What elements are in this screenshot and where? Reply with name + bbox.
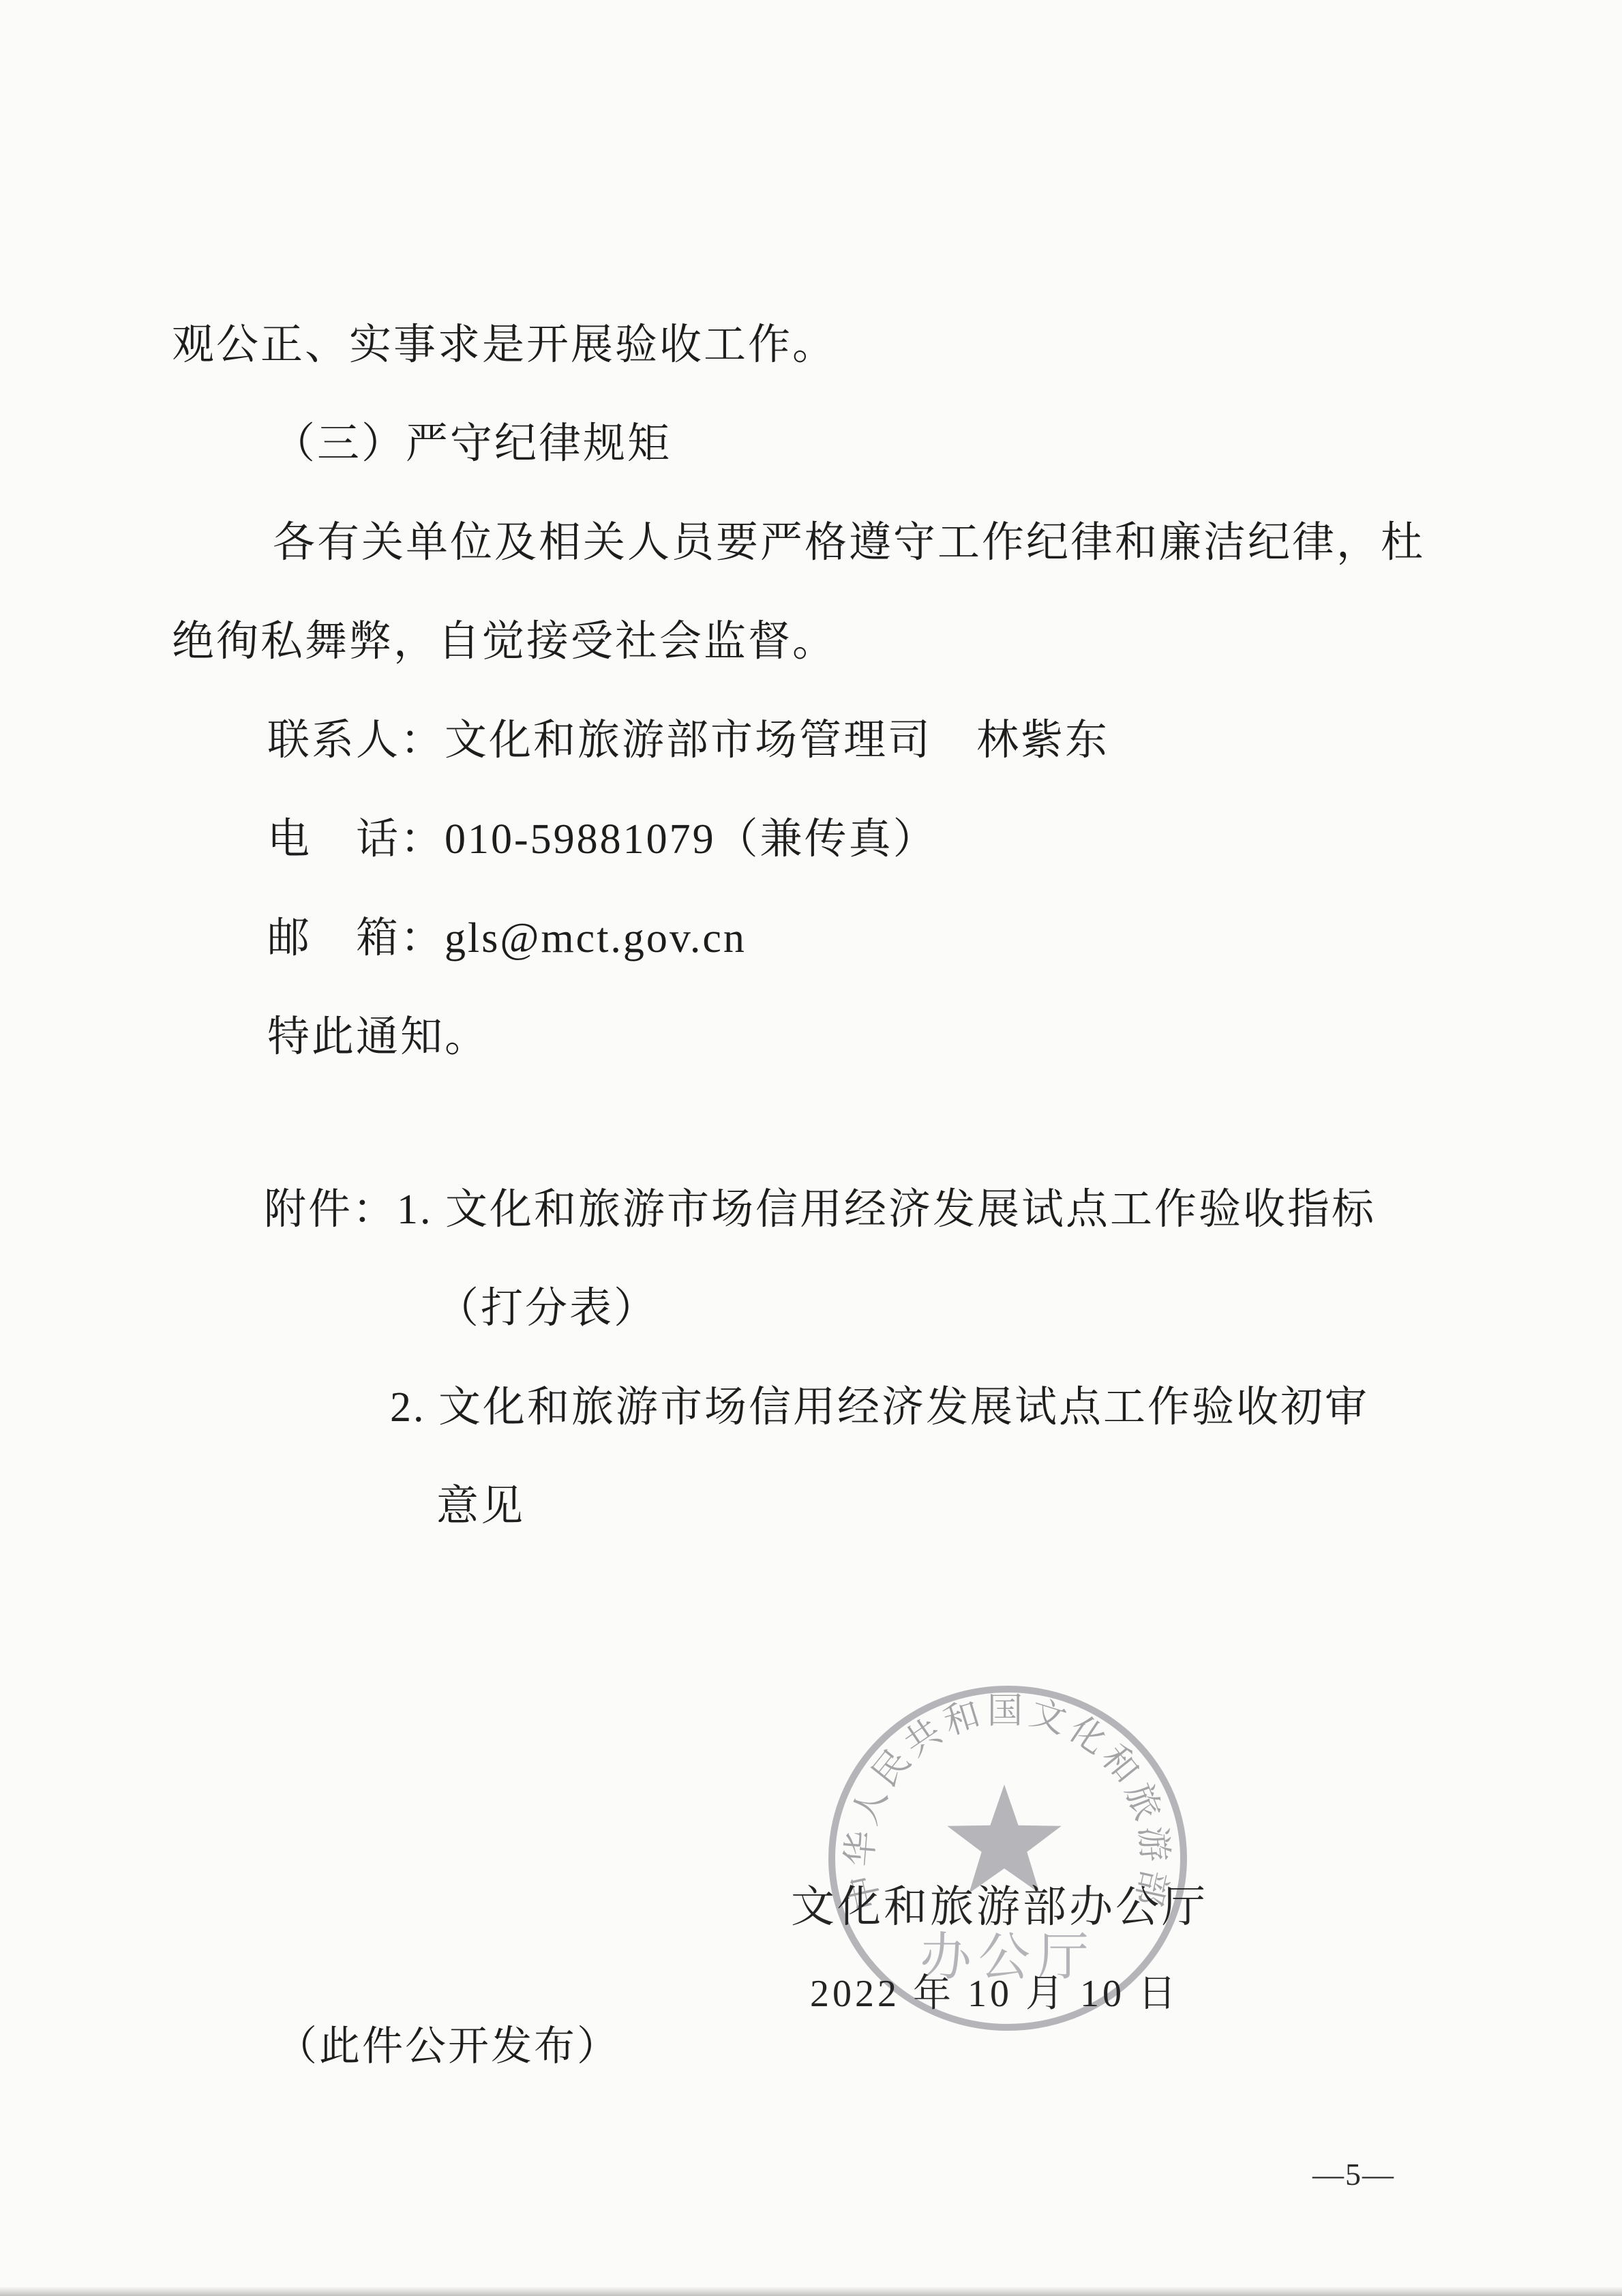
star-icon <box>947 1785 1061 1893</box>
body-line: 各有关单位及相关人员要严格遵守工作纪律和廉洁纪律，杜 <box>273 520 1425 566</box>
public-release-note: （此件公开发布） <box>276 2024 620 2069</box>
body-line: 绝徇私舞弊，自觉接受社会监督。 <box>172 618 837 665</box>
attachment-line-1b: （打分表） <box>436 1285 658 1332</box>
contact-person-line: 联系人：文化和旅游部市场管理司 林紫东 <box>267 717 1109 764</box>
section-heading: （三）严守纪律规矩 <box>273 421 672 467</box>
document-page: 观公正、实事求是开展验收工作。 （三）严守纪律规矩 各有关单位及相关人员要严格遵… <box>0 0 1622 2296</box>
page-number: —5— <box>1312 2156 1395 2192</box>
body-line: 观公正、实事求是开展验收工作。 <box>172 322 837 368</box>
scan-edge-shadow <box>0 2286 1622 2296</box>
attachment-line-2b: 意见 <box>436 1483 525 1530</box>
attachment-line-2: 2. 文化和旅游市场信用经济发展试点工作验收初审 <box>390 1384 1369 1431</box>
issuer-name: 文化和旅游部办公厅 <box>791 1883 1208 1931</box>
contact-phone-line: 电 话：010-59881079（兼传真） <box>267 816 937 863</box>
issue-date: 2022 年 10 月 10 日 <box>810 1973 1180 2016</box>
attachment-line-1: 附件：1. 文化和旅游市场信用经济发展试点工作验收指标 <box>264 1187 1376 1233</box>
contact-email-line: 邮 箱：gls@mct.gov.cn <box>267 915 747 961</box>
closing-line: 特此通知。 <box>267 1014 489 1060</box>
